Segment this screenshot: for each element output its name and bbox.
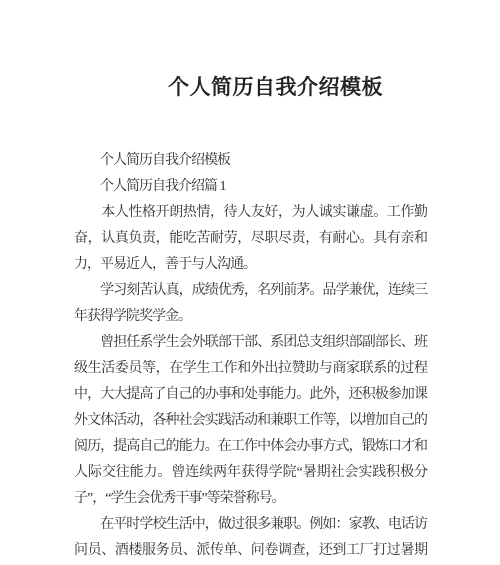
text-line: 奋，认真负责，能吃苦耐劳，尽职尽责，有耐心。具有亲和 [74, 226, 427, 252]
text-line: 曾担任系学生会外联部干部、系团总支组织部副部长、班 [74, 330, 427, 356]
text-line: 外文体活动，各种社会实践活动和兼职工作等，以增加自己的 [74, 408, 427, 434]
text-line: 中，大大提高了自己的办事和处事能力。此外，还积极参加课 [74, 382, 427, 408]
text-line: 人际交往能力。曾连续两年获得学院“暑期社会实践积极分 [74, 460, 427, 486]
text-line: 级生活委员等，在学生工作和外出拉赞助与商家联系的过程 [74, 356, 427, 382]
text-line: 年获得学院奖学金。 [74, 304, 427, 330]
text-line: 力，平易近人，善于与人沟通。 [74, 252, 427, 278]
text-line: 在平时学校生活中，做过很多兼职。例如：家教、电话访 [74, 512, 427, 538]
text-line: 阅历，提高自己的能力。在工作中体会办事方式，锻炼口才和 [74, 434, 427, 460]
text-line: 个人简历自我介绍篇 1 [74, 174, 427, 200]
document-page: 个人简历自我介绍模板 个人简历自我介绍模板 个人简历自我介绍篇 1 本人性格开朗… [0, 0, 500, 565]
text-line: 本人性格开朗热情，待人友好，为人诚实谦虚。工作勤 [74, 200, 427, 226]
text-line: 学习刻苦认真，成绩优秀，名列前茅。品学兼优，连续三 [74, 278, 427, 304]
text-line: 子”，“学生会优秀干事”等荣誉称号。 [74, 486, 427, 512]
document-body: 个人简历自我介绍模板 个人简历自我介绍篇 1 本人性格开朗热情，待人友好，为人诚… [74, 148, 427, 564]
text-line: 个人简历自我介绍模板 [74, 148, 427, 174]
document-title: 个人简历自我介绍模板 [99, 74, 452, 100]
text-line: 问员、酒楼服务员、派传单、问卷调查，还到工厂打过暑期 [74, 538, 427, 564]
